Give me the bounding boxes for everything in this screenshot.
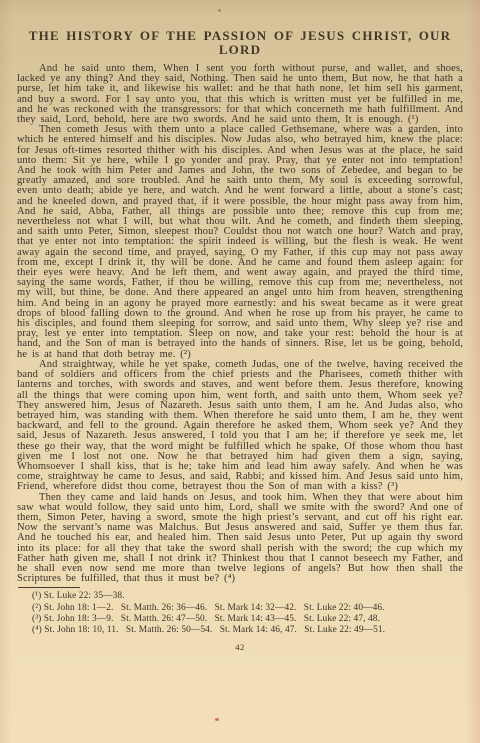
- page-number: 42: [0, 642, 480, 652]
- footnote-separator: [18, 587, 80, 588]
- paragraph-gethsemane: Then cometh Jesus with them unto a place…: [17, 125, 463, 360]
- footnote-3: (³) St. John 18: 3—9. St. Matth. 26: 47—…: [17, 614, 463, 625]
- body-text: And he said unto them, When I sent you f…: [17, 64, 463, 584]
- paragraph-arrest: Then they came and laid hands on Jesus, …: [17, 493, 463, 585]
- footnote-2: (²) St. John 18: 1—2. St. Matth. 26: 36—…: [17, 603, 463, 614]
- footnote-1: (¹) St. Luke 22: 35—38.: [17, 591, 463, 602]
- ink-speck-bottom: [215, 718, 219, 721]
- footnotes: (¹) St. Luke 22: 35—38. (²) St. John 18:…: [17, 591, 463, 636]
- book-page: THE HISTORY OF THE PASSION OF JESUS CHRI…: [0, 0, 480, 743]
- footnote-4: (⁴) St. John 18: 10, 11. St. Matth. 26: …: [17, 625, 463, 636]
- paragraph-betrayal: And straightway, while he yet spake, com…: [17, 360, 463, 493]
- page-title: THE HISTORY OF THE PASSION OF JESUS CHRI…: [16, 0, 464, 57]
- paragraph-two-swords: And he said unto them, When I sent you f…: [17, 64, 463, 125]
